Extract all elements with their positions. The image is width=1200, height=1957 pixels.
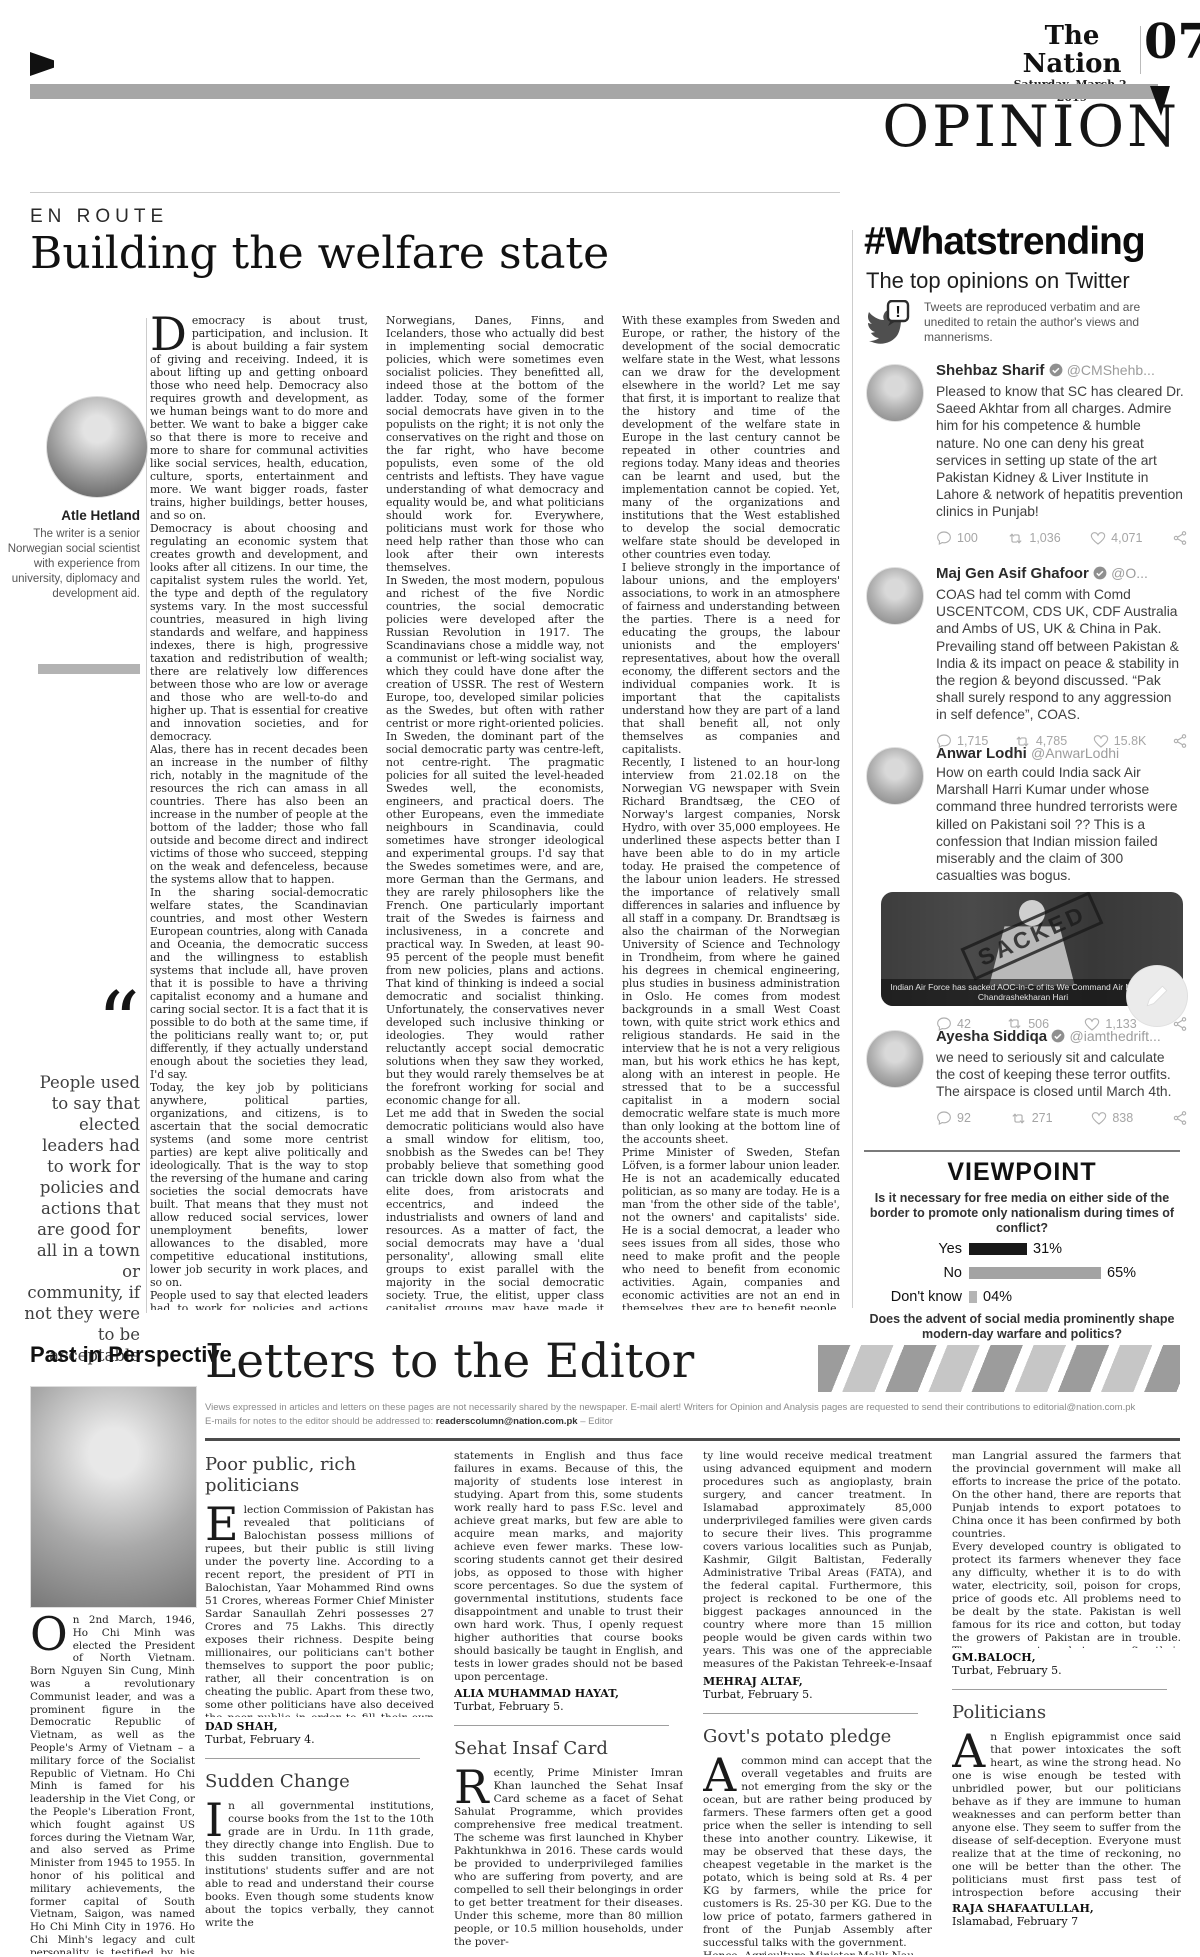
tweet-anwar-lodhi: Anwar Lodhi @AnwarLodhi How on earth cou… xyxy=(866,745,1180,1032)
letter-divider xyxy=(205,1758,420,1759)
letter-title: Govt's potato pledge xyxy=(703,1726,932,1747)
signature-name: RAJA SHAFAATULLAH, xyxy=(952,1902,1181,1915)
pull-quote: People used to say that elected leaders … xyxy=(24,1072,140,1366)
letters-disclaimer-line1: Views expressed in articles and letters … xyxy=(205,1402,1180,1413)
article-headline: Building the welfare state xyxy=(30,228,609,279)
letter-divider xyxy=(703,1713,918,1714)
signature-name: GM.BALOCH, xyxy=(952,1651,1181,1664)
poll-option-no: No 65% xyxy=(864,1262,1180,1284)
letters-column-4: man Langrial assured the farmers that th… xyxy=(952,1450,1181,1955)
edit-button[interactable] xyxy=(1127,966,1187,1026)
letter-signature: RAJA SHAFAATULLAH, Islamabad, February 7 xyxy=(952,1902,1181,1928)
letter-divider xyxy=(952,1689,1167,1690)
reply-button[interactable]: 92 xyxy=(936,1110,971,1126)
author-photo xyxy=(46,396,148,498)
article-body: Democracy is about trust, participation,… xyxy=(150,314,840,1310)
tweet-asif-ghafoor: Maj Gen Asif Ghafoor @O... COAS had tel … xyxy=(866,565,1180,750)
past-in-perspective-body: On 2nd March, 1946, Ho Chi Minh was elec… xyxy=(30,1614,195,1954)
tweet-text: Pleased to know that SC has cleared Dr. … xyxy=(936,383,1186,521)
poll-next-question: Does the advent of social media prominen… xyxy=(864,1312,1180,1342)
retweet-count: 271 xyxy=(1032,1111,1053,1125)
tweet-text: How on earth could India sack Air Marsha… xyxy=(936,764,1186,884)
letter-body-continued: statements in English and thus face fail… xyxy=(454,1450,683,1684)
like-count: 838 xyxy=(1112,1111,1133,1125)
like-button[interactable]: 838 xyxy=(1091,1110,1133,1126)
letters-disclaimer-line2: E-mails for notes to the editor should b… xyxy=(205,1416,1180,1427)
signature-name: ALIA MUHAMMAD HAYAT, xyxy=(454,1687,683,1700)
share-button[interactable] xyxy=(1172,530,1188,546)
signature-place: Turbat, February 5. xyxy=(952,1664,1181,1677)
paper-name: The Nation xyxy=(1008,22,1136,78)
letters-column-1: Poor public, rich politicians Election C… xyxy=(205,1450,434,1955)
signature-place: Turbat, February 5. xyxy=(454,1700,683,1713)
poll-option-label: Yes xyxy=(864,1241,969,1257)
poll-option-dontknow: Don't know 04% xyxy=(864,1286,1180,1308)
letters-columns: Poor public, rich politicians Election C… xyxy=(205,1450,1181,1955)
letter-signature: MEHRAJ ALTAF, Turbat, February 5. xyxy=(703,1675,932,1701)
share-button[interactable] xyxy=(1172,1110,1188,1126)
poll-question: Is it necessary for free media on either… xyxy=(864,1191,1180,1236)
retweet-button[interactable]: 1,036 xyxy=(1007,530,1060,547)
article-top-rule xyxy=(30,192,840,193)
signature-place: Turbat, February 4. xyxy=(205,1733,434,1746)
ho-chi-minh-photo xyxy=(30,1386,197,1608)
like-count: 4,071 xyxy=(1111,531,1142,545)
letter-body: Recently, Prime Minister Imran Khan laun… xyxy=(454,1767,683,1955)
whatstrending-disclaimer: ! Tweets are reproduced verbatim and are… xyxy=(864,300,1180,355)
poll-option-yes: Yes 31% xyxy=(864,1238,1180,1260)
letter-body: An English epigrammist once said that po… xyxy=(952,1731,1181,1899)
tweet-author-handle: @O... xyxy=(1111,565,1148,581)
tweet-author-handle: @CMShehb... xyxy=(1067,362,1155,378)
letters-column-3: ty line would receive medical treatment … xyxy=(703,1450,932,1955)
letters-rule xyxy=(205,1438,1180,1441)
signature-name: DAD SHAH, xyxy=(205,1720,434,1733)
verified-badge-icon xyxy=(1093,566,1107,584)
signature-place: Islamabad, February 7 xyxy=(952,1915,1181,1928)
disclaimer-text: E-mails for notes to the editor should b… xyxy=(205,1416,436,1427)
tweet-author-handle: @AnwarLodhi xyxy=(1031,745,1119,761)
corner-flag-icon xyxy=(30,52,54,76)
past-in-perspective-title: Past in Perspective xyxy=(30,1342,232,1368)
viewpoint-title: VIEWPOINT xyxy=(864,1158,1180,1187)
decorative-stripes xyxy=(818,1345,1180,1392)
letter-title: Politicians xyxy=(952,1702,1181,1723)
avatar[interactable] xyxy=(866,567,924,625)
svg-text:!: ! xyxy=(895,304,900,321)
poll-option-pct: 65% xyxy=(1107,1265,1136,1281)
poll-option-label: No xyxy=(864,1265,969,1281)
letter-body-continued: ty line would receive medical treatment … xyxy=(703,1450,932,1672)
letter-signature: GM.BALOCH, Turbat, February 5. xyxy=(952,1651,1181,1677)
letter-title: Sudden Change xyxy=(205,1771,434,1792)
tweet-author-name: Maj Gen Asif Ghafoor xyxy=(936,565,1089,582)
poll-bar-yes xyxy=(969,1243,1027,1255)
reply-count: 92 xyxy=(957,1111,971,1125)
tweet-ayesha-siddiqa: Ayesha Siddiqa @iamthedrift... we need t… xyxy=(866,1028,1180,1127)
tweet-author-name: Anwar Lodhi xyxy=(936,745,1027,762)
tweet-text: COAS had tel comm with Comd USCENTCOM, C… xyxy=(936,586,1186,724)
article-column-1: Democracy is about trust, participation,… xyxy=(150,314,368,1310)
viewpoint-poll: VIEWPOINT Is it necessary for free media… xyxy=(864,1150,1180,1366)
poll-option-label: Don't know xyxy=(864,1289,969,1305)
poll-option-pct: 04% xyxy=(983,1289,1012,1305)
section-title: OPINION xyxy=(700,94,1180,160)
signature-place: Turbat, February 5. xyxy=(703,1688,932,1701)
letter-body: A common mind can accept that the overal… xyxy=(703,1755,932,1955)
tweet-author-name: Shehbaz Sharif xyxy=(936,362,1044,379)
readers-column-email-link[interactable]: readerscolumn@nation.com.pk xyxy=(436,1416,578,1427)
letter-body: Election Commission of Pakistan has reve… xyxy=(205,1504,434,1717)
retweet-button[interactable]: 271 xyxy=(1010,1110,1053,1127)
reply-count: 100 xyxy=(957,531,978,545)
avatar[interactable] xyxy=(866,747,924,805)
poll-bar-no xyxy=(969,1267,1101,1279)
avatar[interactable] xyxy=(866,1030,924,1088)
like-button[interactable]: 4,071 xyxy=(1090,530,1142,546)
letters-column-2: statements in English and thus face fail… xyxy=(454,1450,683,1955)
letter-signature: DAD SHAH, Turbat, February 4. xyxy=(205,1720,434,1746)
tweet-shehbaz-sharif: Shehbaz Sharif @CMShehb... Pleased to kn… xyxy=(866,362,1180,547)
quote-mark-icon: “ xyxy=(30,988,140,1058)
author-bio: The writer is a senior Norwegian social … xyxy=(6,527,140,602)
page-number: 07 xyxy=(1144,14,1200,70)
poll-bar-dontknow xyxy=(969,1291,977,1303)
whatstrending-title: #Whatstrending xyxy=(864,220,1145,264)
signature-name: MEHRAJ ALTAF, xyxy=(703,1675,932,1688)
twitter-bird-alert-icon: ! xyxy=(864,300,916,355)
avatar[interactable] xyxy=(866,364,924,422)
letter-body: In all governmental institutions, course… xyxy=(205,1800,434,1955)
reply-button[interactable]: 100 xyxy=(936,530,978,546)
article-kicker: EN ROUTE xyxy=(30,206,168,228)
letter-title: Poor public, rich politicians xyxy=(205,1454,434,1496)
tweet-text: we need to seriously sit and calculate t… xyxy=(936,1049,1186,1101)
masthead-divider xyxy=(1140,26,1141,74)
verified-badge-icon xyxy=(1051,1029,1065,1047)
author-name: Atle Hetland xyxy=(16,508,140,523)
newspaper-page: The Nation Saturday, March 2, 2019 07 OP… xyxy=(0,0,1200,1957)
sidebar-divider xyxy=(852,230,853,1308)
whatstrending-subtitle: The top opinions on Twitter xyxy=(866,268,1130,294)
article-column-3: With these examples from Sweden and Euro… xyxy=(622,314,840,1310)
letter-title: Sehat Insaf Card xyxy=(454,1738,683,1759)
letter-body-continued: man Langrial assured the farmers that th… xyxy=(952,1450,1181,1648)
tweet-author-name: Ayesha Siddiqa xyxy=(936,1028,1047,1045)
verified-badge-icon xyxy=(1049,363,1063,381)
article-column-2: Norwegians, Danes, Finns, and Icelanders… xyxy=(386,314,604,1310)
whatstrending-disclaimer-text: Tweets are reproduced verbatim and are u… xyxy=(924,300,1176,345)
disclaimer-suffix: – Editor xyxy=(578,1416,613,1427)
tweet-attached-image[interactable]: SACKED Indian Air Force has sacked AOC-i… xyxy=(881,892,1183,1006)
tweet-author-handle: @iamthedrift... xyxy=(1070,1028,1161,1044)
letter-signature: ALIA MUHAMMAD HAYAT, Turbat, February 5. xyxy=(454,1687,683,1713)
poll-option-pct: 31% xyxy=(1033,1241,1062,1257)
article-vertical-rule xyxy=(146,318,147,1313)
author-divider-bar xyxy=(38,664,140,674)
letter-divider xyxy=(454,1725,669,1726)
retweet-count: 1,036 xyxy=(1029,531,1060,545)
letters-section-title: Letters to the Editor xyxy=(205,1334,694,1389)
